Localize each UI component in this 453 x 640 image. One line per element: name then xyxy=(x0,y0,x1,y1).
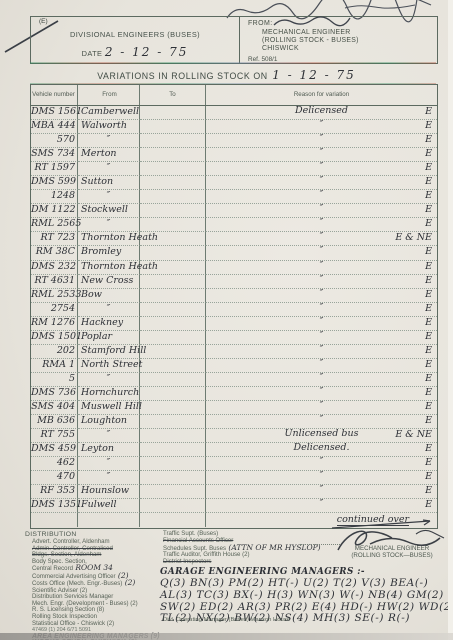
from-cell: North Street xyxy=(78,359,140,373)
to-cell xyxy=(140,176,206,190)
distribution-item: District Inspectors xyxy=(163,559,348,566)
variation-code: E xyxy=(425,331,432,342)
from-cell: Walworth xyxy=(78,120,140,134)
distribution-heading: DISTRIBUTION xyxy=(25,531,77,538)
vehicle-number-cell: 570 xyxy=(31,134,78,148)
vehicle-number-cell xyxy=(31,513,78,527)
from-cell: ″ xyxy=(78,162,140,176)
reason-text: ″ xyxy=(320,161,324,172)
variation-code: E xyxy=(425,401,432,412)
reason-text: ″ xyxy=(320,189,324,200)
column-header-to: To xyxy=(140,85,206,105)
garage-managers-heading: GARAGE ENGINEERING MANAGERS :- xyxy=(160,567,453,577)
table-row: RT 1597″″E xyxy=(31,162,437,176)
table-row: DMS 1561CamberwellDelicensedE xyxy=(31,106,437,120)
reason-cell: ″E xyxy=(206,345,437,359)
to-cell xyxy=(140,275,206,289)
to-cell xyxy=(140,190,206,204)
sender-address: MECHANICAL ENGINEER (ROLLING STOCK - BUS… xyxy=(262,29,359,54)
reason-cell: ″E xyxy=(206,331,437,345)
header-box: (E) DIVISIONAL ENGINEERS (BUSES) DATE 2 … xyxy=(30,16,438,64)
vehicle-number-cell: 5 xyxy=(31,373,78,387)
distribution-item: Central Record ROOM 34 xyxy=(32,565,167,573)
vehicle-number-cell: DMS 1351 xyxy=(31,499,78,513)
table-row: RMA 1North Street″E xyxy=(31,359,437,373)
distribution-item-text: Statistical Office - Chiswick (2) xyxy=(32,620,114,627)
table-row: 5″″E xyxy=(31,373,437,387)
distribution-item-text: Central Record xyxy=(32,565,73,572)
distribution-item-text: Commercial Advertising Officer xyxy=(32,573,116,580)
to-cell xyxy=(140,246,206,260)
to-cell xyxy=(140,457,206,471)
corner-mark: (E) xyxy=(39,18,48,25)
from-cell: Sutton xyxy=(78,176,140,190)
addressee-title: DIVISIONAL ENGINEERS (BUSES) xyxy=(31,30,239,39)
table-row: DMS 736Hornchurch″E xyxy=(31,387,437,401)
to-cell xyxy=(140,485,206,499)
variation-code: E xyxy=(425,289,432,300)
column-header-vehicle: Vehicle number xyxy=(31,85,78,105)
table-row: MB 636Loughton″E xyxy=(31,415,437,429)
vehicle-number-cell: RT 723 xyxy=(31,232,78,246)
to-cell xyxy=(140,373,206,387)
to-cell xyxy=(140,331,206,345)
to-cell xyxy=(140,134,206,148)
date-label: DATE xyxy=(82,49,103,58)
reason-cell: ″E xyxy=(206,190,437,204)
variation-code: E xyxy=(425,373,432,384)
to-cell xyxy=(140,359,206,373)
variation-code: E xyxy=(425,120,432,131)
reason-cell: ″E xyxy=(206,275,437,289)
addressee-box: (E) DIVISIONAL ENGINEERS (BUSES) DATE 2 … xyxy=(31,17,240,63)
reason-cell: ″E xyxy=(206,387,437,401)
reason-cell: ″E xyxy=(206,415,437,429)
scan-color-fringe xyxy=(30,62,436,64)
table-row: DMS 599Sutton″E xyxy=(31,176,437,190)
reason-cell: ″E xyxy=(206,359,437,373)
variation-code: E xyxy=(425,261,432,272)
reason-cell: ″E & NE xyxy=(206,232,437,246)
from-cell: Thornton Heath xyxy=(78,261,140,275)
vehicle-number-cell: 2754 xyxy=(31,303,78,317)
table-row: RT 723Thornton Heath″E & NE xyxy=(31,232,437,246)
to-cell xyxy=(140,218,206,232)
from-cell: ″ xyxy=(78,471,140,485)
title-text: VARIATIONS IN ROLLING STOCK ON xyxy=(97,71,268,81)
reason-text: ″ xyxy=(320,245,324,256)
table-row: DMS 232Thornton Heath″E xyxy=(31,261,437,275)
from-cell: Camberwell xyxy=(78,106,140,120)
from-cell: Bow xyxy=(78,289,140,303)
reason-cell: ″E xyxy=(206,303,437,317)
variation-code: E xyxy=(425,148,432,159)
operating-manager-line: Divl. Operating Manager (Buses) Manson H… xyxy=(163,617,290,623)
to-cell xyxy=(140,261,206,275)
to-cell xyxy=(140,289,206,303)
vehicle-number-cell: 470 xyxy=(31,471,78,485)
vehicle-number-cell: DMS 1561 xyxy=(31,106,78,120)
reason-text: ″ xyxy=(320,344,324,355)
vehicle-number-cell: RT 4631 xyxy=(31,275,78,289)
to-cell xyxy=(140,415,206,429)
distribution-middle-list: Traffic Supt. (Buses)Financial Accounts … xyxy=(163,531,348,566)
from-cell: Stockwell xyxy=(78,204,140,218)
title-date-handwritten: 1 - 12 - 75 xyxy=(272,68,356,82)
reason-text: ″ xyxy=(320,456,324,467)
from-cell: Merton xyxy=(78,148,140,162)
reason-cell: ″E xyxy=(206,317,437,331)
table-row: RM 1276Hackney″E xyxy=(31,317,437,331)
vehicle-number-cell: DM 1122 xyxy=(31,204,78,218)
table-row: 570″″E xyxy=(31,134,437,148)
variation-code: E xyxy=(425,317,432,328)
to-cell xyxy=(140,443,206,457)
table-row: 470″″E xyxy=(31,471,437,485)
to-cell xyxy=(140,401,206,415)
from-cell: Thornton Heath xyxy=(78,232,140,246)
variation-code: E xyxy=(425,443,432,454)
table-row: DMS 1351Fulwell″E xyxy=(31,499,437,513)
variation-code: E xyxy=(425,415,432,426)
table-row: SMS 404Muswell Hill″E xyxy=(31,401,437,415)
date-value-handwritten: 2 - 12 - 75 xyxy=(105,45,189,59)
from-cell: ″ xyxy=(78,218,140,232)
vehicle-number-cell: DMS 1501 xyxy=(31,331,78,345)
reason-cell: ″E xyxy=(206,218,437,232)
from-cell: New Cross xyxy=(78,275,140,289)
to-cell xyxy=(140,204,206,218)
table-row: 202Stamford Hill″E xyxy=(31,345,437,359)
variation-code: E xyxy=(425,176,432,187)
to-cell xyxy=(140,120,206,134)
to-cell xyxy=(140,471,206,485)
reason-cell: ″E xyxy=(206,373,437,387)
reason-cell: Delicensed.E xyxy=(206,443,437,457)
from-cell: ″ xyxy=(78,373,140,387)
to-cell xyxy=(140,232,206,246)
reason-text: ″ xyxy=(320,400,324,411)
table-body: DMS 1561CamberwellDelicensedEMBA 444Walw… xyxy=(31,106,437,527)
table-row: 1248″″E xyxy=(31,190,437,204)
reason-text: ″ xyxy=(320,414,324,425)
from-cell: Hornchurch xyxy=(78,387,140,401)
vehicle-number-cell: MB 636 xyxy=(31,415,78,429)
from-cell: Fulwell xyxy=(78,499,140,513)
variation-code: E xyxy=(425,345,432,356)
scan-edge-bottom xyxy=(0,633,453,640)
reason-cell: ″E xyxy=(206,499,437,513)
reason-cell: ″E xyxy=(206,471,437,485)
from-cell: Loughton xyxy=(78,415,140,429)
reason-cell: ″E xyxy=(206,485,437,499)
to-cell xyxy=(140,106,206,120)
sender-box: FROM: MECHANICAL ENGINEER (ROLLING STOCK… xyxy=(240,17,437,63)
reason-cell: ″E xyxy=(206,246,437,260)
distribution-left-list: Advert. Controller, AldenhamAdmin. Contr… xyxy=(32,539,167,640)
signature-scrawl-icon xyxy=(330,524,448,558)
from-cell: Muswell Hill xyxy=(78,401,140,415)
variation-code: E & NE xyxy=(395,232,432,243)
reason-text: ″ xyxy=(320,372,324,383)
from-cell: Stamford Hill xyxy=(78,345,140,359)
from-cell: Bromley xyxy=(78,246,140,260)
table-row: SMS 734Merton″E xyxy=(31,148,437,162)
reason-cell: ″E xyxy=(206,148,437,162)
from-cell: Hackney xyxy=(78,317,140,331)
variation-code: E xyxy=(425,275,432,286)
reason-text: Delicensed xyxy=(295,105,348,116)
reason-text: ″ xyxy=(320,133,324,144)
vehicle-number-cell: DMS 232 xyxy=(31,261,78,275)
vehicle-number-cell: 462 xyxy=(31,457,78,471)
garage-managers-row: AL(3) TC(3) BX(-) H(3) WN(3) W(-) NB(4) … xyxy=(160,590,453,602)
table-row: RML 2565″″E xyxy=(31,218,437,232)
to-cell xyxy=(140,303,206,317)
from-cell: ″ xyxy=(78,303,140,317)
handwritten-annotation: ROOM 34 xyxy=(73,563,113,572)
reason-text: ″ xyxy=(320,231,324,242)
variation-code: E & NE xyxy=(395,429,432,440)
to-cell xyxy=(140,499,206,513)
reason-cell: ″E xyxy=(206,134,437,148)
from-cell: ″ xyxy=(78,190,140,204)
reason-text: ″ xyxy=(320,498,324,509)
to-cell xyxy=(140,317,206,331)
table-row: RT 755″Unlicensed busE & NE xyxy=(31,429,437,443)
reason-text: ″ xyxy=(320,470,324,481)
variation-code: E xyxy=(425,471,432,482)
table-row: MBA 444Walworth″E xyxy=(31,120,437,134)
reason-cell: ″E xyxy=(206,261,437,275)
from-cell: Leyton xyxy=(78,443,140,457)
reason-cell: ″E xyxy=(206,289,437,303)
to-cell xyxy=(140,162,206,176)
from-cell xyxy=(78,513,140,527)
reason-cell: Unlicensed busE & NE xyxy=(206,429,437,443)
vehicle-number-cell: RT 1597 xyxy=(31,162,78,176)
vehicle-number-cell: RMA 1 xyxy=(31,359,78,373)
table-row: RT 4631New Cross″E xyxy=(31,275,437,289)
variation-code: E xyxy=(425,387,432,398)
column-header-reason: Reason for variation xyxy=(206,85,437,105)
reason-cell: DelicensedE xyxy=(206,106,437,120)
variation-code: E xyxy=(425,359,432,370)
sender-line: (ROLLING STOCK - BUSES) xyxy=(262,37,359,45)
table-row: DMS 459LeytonDelicensed.E xyxy=(31,443,437,457)
distribution-item-text: Financial Accounts Officer xyxy=(163,537,233,544)
table-header-row: Vehicle number From To Reason for variat… xyxy=(31,85,437,106)
to-cell xyxy=(140,387,206,401)
reason-text: Unlicensed bus xyxy=(285,428,359,439)
reason-text: ″ xyxy=(320,288,324,299)
table-row: DM 1122Stockwell″E xyxy=(31,204,437,218)
to-cell xyxy=(140,513,206,527)
reason-cell: ″E xyxy=(206,401,437,415)
reason-cell: ″E xyxy=(206,162,437,176)
reason-text: ″ xyxy=(320,274,324,285)
vehicle-number-cell: 1248 xyxy=(31,190,78,204)
vehicle-number-cell: 202 xyxy=(31,345,78,359)
reason-text: ″ xyxy=(320,302,324,313)
reason-text: ″ xyxy=(320,147,324,158)
from-label: FROM: xyxy=(248,20,273,27)
vehicle-number-cell: DMS 459 xyxy=(31,443,78,457)
table-row: DMS 1501Poplar″E xyxy=(31,331,437,345)
vehicle-number-cell: RM 1276 xyxy=(31,317,78,331)
variation-code: E xyxy=(425,246,432,257)
reason-text: ″ xyxy=(320,119,324,130)
reason-text: ″ xyxy=(320,260,324,271)
from-cell: Poplar xyxy=(78,331,140,345)
distribution-item-text: District Inspectors xyxy=(163,558,211,565)
reason-text: ″ xyxy=(320,203,324,214)
reason-text: ″ xyxy=(320,217,324,228)
table-row: RM 38CBromley″E xyxy=(31,246,437,260)
reason-cell: ″E xyxy=(206,120,437,134)
from-cell: ″ xyxy=(78,134,140,148)
from-cell: Hounslow xyxy=(78,485,140,499)
vehicle-number-cell: RF 353 xyxy=(31,485,78,499)
variation-code: E xyxy=(425,303,432,314)
reason-text: ″ xyxy=(320,316,324,327)
variation-code: E xyxy=(425,162,432,173)
variation-code: E xyxy=(425,204,432,215)
table-row: RF 353Hounslow″E xyxy=(31,485,437,499)
reason-text: ″ xyxy=(320,330,324,341)
vehicle-number-cell: MBA 444 xyxy=(31,120,78,134)
table-row: RML 2533Bow″E xyxy=(31,289,437,303)
vehicle-number-cell: RML 2533 xyxy=(31,289,78,303)
vehicle-number-cell: SMS 734 xyxy=(31,148,78,162)
to-cell xyxy=(140,429,206,443)
vehicle-number-cell: RM 38C xyxy=(31,246,78,260)
variation-code: E xyxy=(425,190,432,201)
variations-table: Vehicle number From To Reason for variat… xyxy=(30,84,438,529)
vehicle-number-cell: RT 755 xyxy=(31,429,78,443)
variation-code: E xyxy=(425,218,432,229)
document-title: VARIATIONS IN ROLLING STOCK ON 1 - 12 - … xyxy=(0,66,453,84)
from-cell: ″ xyxy=(78,429,140,443)
reason-cell: ″E xyxy=(206,176,437,190)
table-row: 2754″″E xyxy=(31,303,437,317)
to-cell xyxy=(140,148,206,162)
reason-text: ″ xyxy=(320,358,324,369)
variation-code: E xyxy=(425,106,432,117)
handwritten-annotation: (2) xyxy=(122,578,135,587)
variation-code: E xyxy=(425,457,432,468)
reason-cell: ″E xyxy=(206,204,437,218)
reason-text: Delicensed. xyxy=(294,442,350,453)
to-cell xyxy=(140,345,206,359)
sender-line: MECHANICAL ENGINEER xyxy=(262,29,359,37)
vehicle-number-cell: DMS 736 xyxy=(31,387,78,401)
scanned-document-page: (E) DIVISIONAL ENGINEERS (BUSES) DATE 2 … xyxy=(0,0,453,640)
vehicle-number-cell: RML 2565 xyxy=(31,218,78,232)
variation-code: E xyxy=(425,485,432,496)
reason-text: ″ xyxy=(320,175,324,186)
table-row: 462″″E xyxy=(31,457,437,471)
from-pen-scrawl-icon xyxy=(272,17,352,29)
vehicle-number-cell: SMS 404 xyxy=(31,401,78,415)
variation-code: E xyxy=(425,499,432,510)
reason-text: ″ xyxy=(320,386,324,397)
reason-text: ″ xyxy=(320,484,324,495)
scan-edge-right xyxy=(448,0,453,640)
column-header-from: From xyxy=(78,85,140,105)
vehicle-number-cell: DMS 599 xyxy=(31,176,78,190)
variation-code: E xyxy=(425,134,432,145)
sender-line: CHISWICK xyxy=(262,45,359,53)
from-cell: ″ xyxy=(78,457,140,471)
reason-cell: ″E xyxy=(206,457,437,471)
